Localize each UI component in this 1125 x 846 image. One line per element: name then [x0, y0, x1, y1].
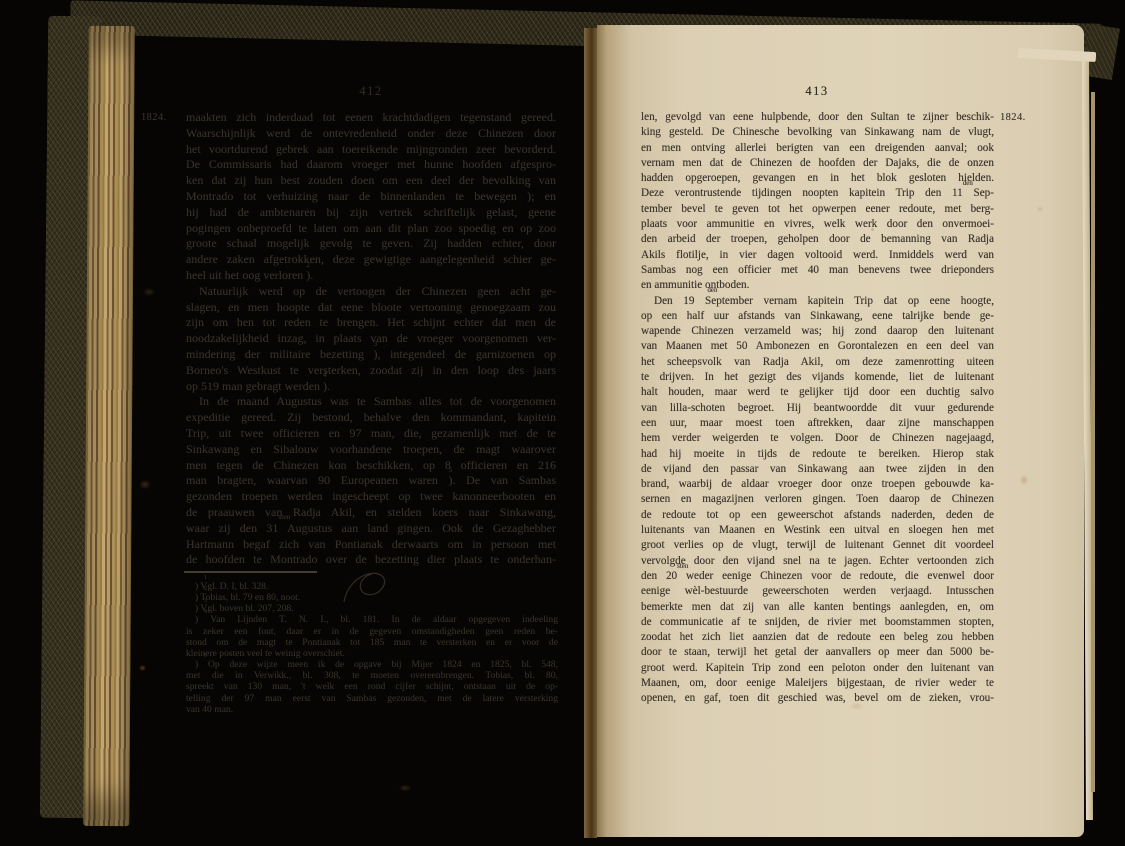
text-line: en men ontving allerlei berigten van een… — [641, 141, 994, 156]
text-line: den arbeid der troepen, geholpen door de… — [641, 232, 994, 247]
text-line: zijn om hen tot reden te brengen. Het sc… — [186, 315, 556, 331]
text-line: slagen, en men hoopte dat eene bloote ve… — [186, 300, 556, 316]
text-line: expeditie gereed. Zij bestond, behalve d… — [186, 410, 556, 426]
text-line: luitenants van Maanen en Westink een uit… — [641, 523, 994, 538]
text-line: de vijand den passar van Sinkawang aan t… — [641, 462, 994, 477]
text-line: de communicatie af te snijden, de rivier… — [641, 615, 994, 630]
text-line: Borneo's Westkust te versterken, zoodat … — [186, 363, 556, 379]
text-line: maakten zich inderdaad tot eenen krachtd… — [186, 110, 556, 126]
text-line: heel uit het oog verloren 2). — [186, 268, 556, 284]
text-line: plaats voor ammunitie en vivres, welk we… — [641, 217, 994, 232]
text-line: en ammunitie ontboden. — [641, 278, 994, 293]
text-line: groote schaal mogelijk gevolg te geven. … — [186, 236, 556, 252]
text-line: zoodat het zich liet aanzien dat de redo… — [641, 630, 994, 645]
text-line: het voortdurend gebrek aan toereikende m… — [186, 142, 556, 158]
text-line: Montrado tot verhuizing naar de binnenla… — [186, 189, 556, 205]
text-line: door te staan, terwijl het getal der aan… — [641, 645, 994, 660]
text-line: brand, waarbij de aldaar vroeger door on… — [641, 477, 994, 492]
book-photo: 412 413 1824. 1824. maakten zich inderda… — [0, 0, 1125, 846]
text-line: een uur, maar moest toen aftrekken, daar… — [641, 416, 994, 431]
footnote-rule — [184, 571, 317, 573]
text-line: gezonden troepen werden ingescheept op t… — [186, 489, 556, 505]
text-line: sernen en magazijnen verloren gingen. To… — [641, 492, 994, 507]
text-line: eenige wèl-bestuurde geweerschoten werde… — [641, 584, 994, 599]
text-line: andere zaken afgetrokken, deze gewigtige… — [186, 252, 556, 268]
text-line: men tegen de Chinezen kon beschikken, op… — [186, 458, 556, 474]
book-gutter — [584, 28, 597, 838]
text-line: 4) Van Lijnden T. N. I., bl. 181. In de … — [186, 614, 558, 625]
text-line: wapende Chinezen verzameld was; hij zond… — [641, 324, 994, 339]
text-line: had hij moeite in tijds de redoute te be… — [641, 447, 994, 462]
left-body-lines: maakten zich inderdaad tot eenen krachtd… — [186, 110, 556, 568]
text-line: Sinkawang en Sibalouw voorhandene troepe… — [186, 442, 556, 458]
right-page-edge — [1091, 92, 1095, 792]
text-line: hij had de ambtenaren bij zijn vertrek s… — [186, 205, 556, 221]
text-line: Deze verontrustende tijdingen noopten ka… — [641, 186, 994, 201]
text-line: bemerkte men dat zij van alle kanten ben… — [641, 600, 994, 615]
text-line: noodzakelijkheid inzag, in plaats van de… — [186, 331, 556, 347]
left-page-number: 412 — [341, 84, 401, 99]
text-line: telling der 97 man eerst van Sambas gezo… — [186, 693, 558, 704]
text-line: groot werd. Kapitein Trip zond een pelot… — [641, 661, 994, 676]
text-line: groot verlies op de vlugt, terwijl de lu… — [641, 538, 994, 553]
text-line: van lilla-schoten begroet. Hij beantwoor… — [641, 401, 994, 416]
text-line: Akils flotilje, in vier dagen voltooid w… — [641, 248, 994, 263]
text-line: openen, en gaf, toen dit geschied was, b… — [641, 691, 994, 706]
text-line: Trip, uit twee officieren en 97 man, die… — [186, 426, 556, 442]
text-line: vernam men dat de Chinezen de hoofden de… — [641, 156, 994, 171]
text-line: vervolgde door den vijand snel na te jag… — [641, 554, 994, 569]
text-line: te drijven. In het gezigt des vijands ko… — [641, 370, 994, 385]
text-line: halt houden, maar werd te gelijker tijd … — [641, 385, 994, 400]
right-body-lines: len, gevolgd van eene hulpbende, door de… — [641, 110, 994, 707]
text-line: mindering der militaire bezetting 3), in… — [186, 347, 556, 363]
text-line: In de maand Augustus was te Sambas alles… — [186, 394, 556, 410]
right-page-number: 413 — [787, 84, 847, 99]
text-line: len, gevolgd van eene hulpbende, door de… — [641, 110, 994, 125]
text-line: spreekt van 130 man, 't welk een rond ci… — [186, 681, 558, 692]
text-line: Natuurlijk werd op de vertoogen der Chin… — [186, 284, 556, 300]
text-line: ken dat zij hun best zouden doen om een … — [186, 173, 556, 189]
text-line: Maanen, om, door eenige Maleijers bijges… — [641, 676, 994, 691]
text-line: is zeker een fout, daar er in de gegeven… — [186, 626, 558, 637]
text-line: de redoute tot op een geweerschot afstan… — [641, 508, 994, 523]
text-line: king gesteld. De Chinesche bevolking van… — [641, 125, 994, 140]
text-line: van 40 man. — [186, 704, 558, 715]
text-line: hem verder weigerden te volgen. Door de … — [641, 431, 994, 446]
right-margin-year: 1824. — [1000, 112, 1026, 123]
text-line: op een half uur afstands van Sinkawang, … — [641, 309, 994, 324]
text-line: de praauwen van Radja Akil, en stelden k… — [186, 505, 556, 521]
text-line: Hartmann begaf zich van Pontianak derwaa… — [186, 537, 556, 553]
text-line: Den 19den September vernam kapitein Trip… — [641, 294, 994, 309]
text-line: van Maanen met 50 Ambonezen en Gorontale… — [641, 339, 994, 354]
text-line: op 519 man gebragt werden 4). — [186, 379, 556, 395]
text-line: met die in Verwikk., bl. 308, te moeten … — [186, 670, 558, 681]
text-line: het scheepsvolk van Radja Akil, om deze … — [641, 355, 994, 370]
ink-mark — [338, 564, 400, 610]
text-line: waar zij den 31sten Augustus aan land gi… — [186, 521, 556, 537]
text-line: kleinere posten veel te weinig overschie… — [186, 648, 558, 659]
text-line: pogingen onbeproefd te laten om aan dit … — [186, 221, 556, 237]
text-line: hadden opgeroepen, gevangen en in het bl… — [641, 171, 994, 186]
text-line: man bragten, waarvan 90 Europeanen waren… — [186, 473, 556, 489]
left-margin-year: 1824. — [141, 112, 167, 123]
text-line: den 20sten weder eenige Chinezen voor de… — [641, 569, 994, 584]
text-line: Waarschijnlijk werd de ontevredenheid on… — [186, 126, 556, 142]
text-line: stond om de magt te Pontianak tot 185 ma… — [186, 637, 558, 648]
text-line: tember bevel te geven tot het opwerpen e… — [641, 202, 994, 217]
text-line: De Commissaris had daarom vroeger met hu… — [186, 157, 556, 173]
text-line: Sambas nog een officier met 40 man benev… — [641, 263, 994, 278]
text-line: 5) Op deze wijze meen ik de opgave bij M… — [186, 659, 558, 670]
